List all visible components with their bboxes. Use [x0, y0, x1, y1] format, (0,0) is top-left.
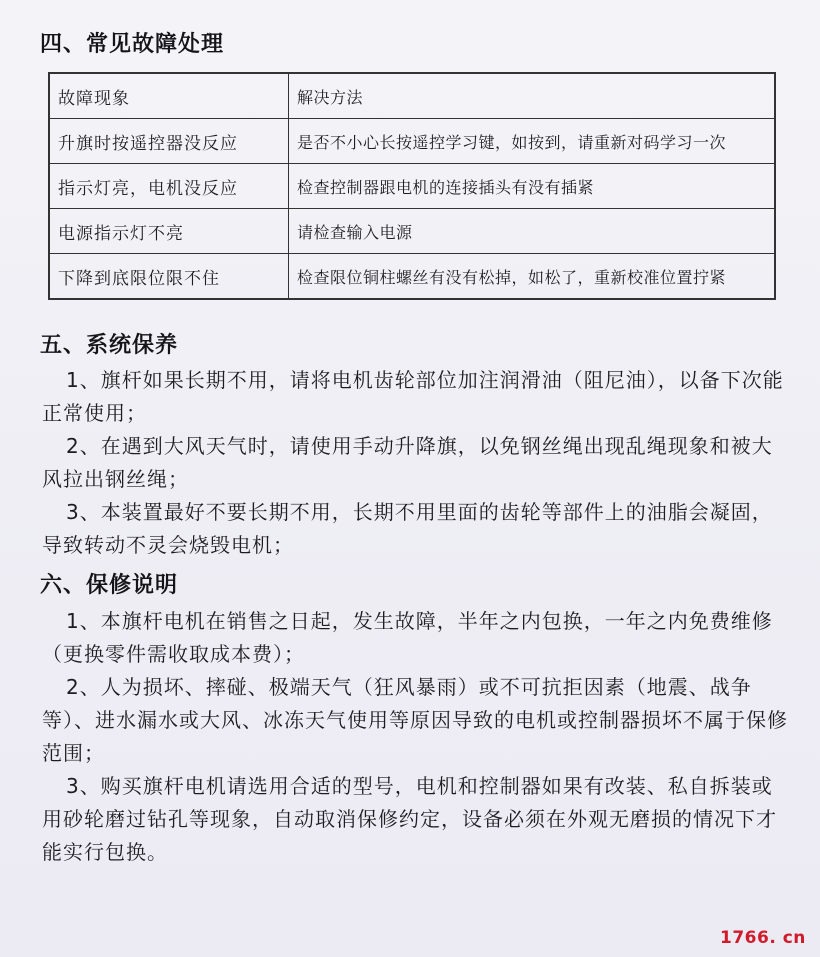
table-row: 下降到底限位限不住 检查限位铜柱螺丝有没有松掉，如松了，重新校准位置拧紧 — [49, 254, 775, 300]
table-row: 电源指示灯不亮 请检查输入电源 — [49, 209, 775, 254]
section-4-title: 四、常见故障处理 — [40, 27, 224, 58]
symptom-cell: 电源指示灯不亮 — [49, 209, 289, 254]
table-header-row: 故障现象 解决方法 — [49, 73, 775, 119]
symptom-cell: 下降到底限位限不住 — [49, 254, 289, 300]
site-watermark: 1766. cn — [720, 928, 806, 948]
warranty-item: 3、购买旗杆电机请选用合适的型号，电机和控制器如果有改装、私自拆装或用砂轮磨过钻… — [42, 770, 792, 869]
section-6-body: 1、本旗杆电机在销售之日起，发生故障，半年之内包换，一年之内免费维修（更换零件需… — [42, 605, 792, 869]
maintenance-item: 2、在遇到大风天气时，请使用手动升降旗，以免钢丝绳出现乱绳现象和被大风拉出钢丝绳… — [42, 430, 792, 496]
troubleshooting-table: 故障现象 解决方法 升旗时按遥控器没反应 是否不小心长按遥控学习键，如按到，请重… — [48, 72, 776, 300]
maintenance-item: 3、本装置最好不要长期不用，长期不用里面的齿轮等部件上的油脂会凝固，导致转动不灵… — [42, 496, 792, 562]
table-row: 指示灯亮，电机没反应 检查控制器跟电机的连接插头有没有插紧 — [49, 164, 775, 209]
symptom-cell: 指示灯亮，电机没反应 — [49, 164, 289, 209]
section-5-title: 五、系统保养 — [40, 328, 178, 359]
solution-cell: 是否不小心长按遥控学习键，如按到，请重新对码学习一次 — [289, 119, 776, 164]
document-page: 四、常见故障处理 故障现象 解决方法 升旗时按遥控器没反应 是否不小心长按遥控学… — [0, 0, 820, 957]
section-6-title: 六、保修说明 — [40, 568, 178, 599]
warranty-item: 2、人为损坏、摔碰、极端天气（狂风暴雨）或不可抗拒因素（地震、战争等）、进水漏水… — [42, 671, 792, 770]
solution-cell: 检查限位铜柱螺丝有没有松掉，如松了，重新校准位置拧紧 — [289, 254, 776, 300]
symptom-cell: 升旗时按遥控器没反应 — [49, 119, 289, 164]
solution-cell: 检查控制器跟电机的连接插头有没有插紧 — [289, 164, 776, 209]
section-5-body: 1、旗杆如果长期不用，请将电机齿轮部位加注润滑油（阻尼油），以备下次能正常使用；… — [42, 364, 792, 562]
solution-cell: 请检查输入电源 — [289, 209, 776, 254]
table-row: 升旗时按遥控器没反应 是否不小心长按遥控学习键，如按到，请重新对码学习一次 — [49, 119, 775, 164]
warranty-item: 1、本旗杆电机在销售之日起，发生故障，半年之内包换，一年之内免费维修（更换零件需… — [42, 605, 792, 671]
maintenance-item: 1、旗杆如果长期不用，请将电机齿轮部位加注润滑油（阻尼油），以备下次能正常使用； — [42, 364, 792, 430]
header-symptom: 故障现象 — [49, 73, 289, 119]
header-solution: 解决方法 — [289, 73, 776, 119]
